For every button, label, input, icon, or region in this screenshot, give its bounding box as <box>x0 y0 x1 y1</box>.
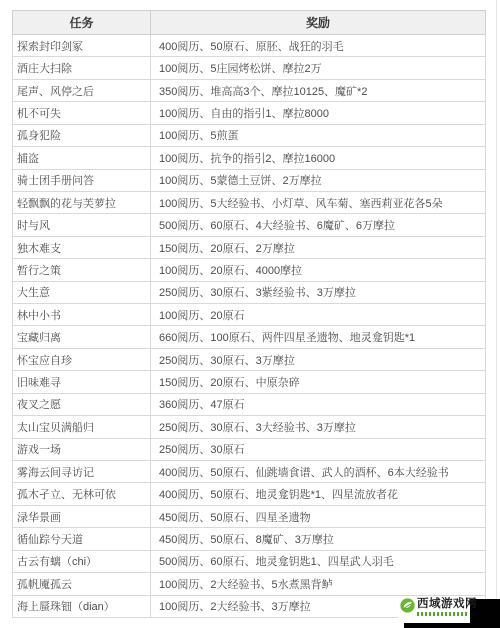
page-edge-divider <box>496 0 497 628</box>
site-name: 西域游戏网 <box>417 597 477 611</box>
task-cell: 独木难支 <box>13 236 151 258</box>
quest-reward-table: 任务 奖励 探索封印剑冢400阅历、50原石、原胚、战狂的羽毛酒庄大扫除100阅… <box>12 10 486 618</box>
table-row: 独木难支150阅历、20原石、2万摩拉 <box>13 236 486 258</box>
table-row: 孤帆魇孤云100阅历、2大经验书、5水煮黑背鲈 <box>13 573 486 595</box>
site-watermark: 西域游戏网 <box>398 596 470 623</box>
task-cell: 大生意 <box>13 281 151 303</box>
table-row: 游戏一场250阅历、30原石 <box>13 438 486 460</box>
table-row: 太山宝贝满船归250阅历、30原石、3大经验书、3万摩拉 <box>13 416 486 438</box>
reward-cell: 100阅历、5庄园烤松饼、摩拉2万 <box>151 57 486 79</box>
task-cell: 林中小书 <box>13 304 151 326</box>
task-cell: 宝藏归离 <box>13 326 151 348</box>
reward-cell: 250阅历、30原石、3大经验书、3万摩拉 <box>151 416 486 438</box>
column-header-task: 任务 <box>13 11 151 35</box>
table-row: 探索封印剑冢400阅历、50原石、原胚、战狂的羽毛 <box>13 35 486 57</box>
reward-cell: 250阅历、30原石 <box>151 438 486 460</box>
task-cell: 探索封印剑冢 <box>13 35 151 57</box>
table-row: 暂行之策100阅历、20原石、4000摩拉 <box>13 259 486 281</box>
task-cell: 海上蜃珠钿（dian） <box>13 595 151 617</box>
table-row: 渌华景画450阅历、50原石、四星圣遗物 <box>13 505 486 527</box>
reward-cell: 450阅历、50原石、四星圣遗物 <box>151 505 486 527</box>
task-cell: 旧味难寻 <box>13 371 151 393</box>
column-header-reward: 奖励 <box>151 11 486 35</box>
table-row: 尾声、风停之后350阅历、堆高高3个、摩拉10125、魔矿*2 <box>13 79 486 101</box>
reward-cell: 500阅历、60原石、地灵龛钥匙1、四星武人羽毛 <box>151 550 486 572</box>
table-row: 怀宝应自珍250阅历、30原石、3万摩拉 <box>13 348 486 370</box>
reward-cell: 100阅历、20原石、4000摩拉 <box>151 259 486 281</box>
task-cell: 游戏一场 <box>13 438 151 460</box>
table-row: 孤身犯险100阅历、5煎蛋 <box>13 124 486 146</box>
table-header: 任务 奖励 <box>13 11 486 35</box>
task-cell: 时与风 <box>13 214 151 236</box>
site-slogan-strip <box>417 612 469 616</box>
reward-cell: 100阅历、5蒙德土豆饼、2万摩拉 <box>151 169 486 191</box>
header-row: 任务 奖励 <box>13 11 486 35</box>
reward-cell: 250阅历、30原石、3万摩拉 <box>151 348 486 370</box>
reward-cell: 150阅历、20原石、中原杂碎 <box>151 371 486 393</box>
reward-cell: 250阅历、30原石、3紫经验书、3万摩拉 <box>151 281 486 303</box>
table-row: 机不可失100阅历、自由的指引1、摩拉8000 <box>13 102 486 124</box>
task-cell: 孤木孑立、无林可依 <box>13 483 151 505</box>
table-row: 古云有螭（chi）500阅历、60原石、地灵龛钥匙1、四星武人羽毛 <box>13 550 486 572</box>
table-row: 轻飘飘的花与芙萝拉100阅历、5大经验书、小灯草、风车菊、塞西莉亚花各5朵 <box>13 191 486 213</box>
table-row: 孤木孑立、无林可依400阅历、50原石、地灵龛钥匙*1、四星流放者花 <box>13 483 486 505</box>
table-row: 林中小书100阅历、20原石 <box>13 304 486 326</box>
table-row: 循仙踪兮天道450阅历、50原石、8魔矿、3万摩拉 <box>13 528 486 550</box>
task-cell: 尾声、风停之后 <box>13 79 151 101</box>
task-cell: 渌华景画 <box>13 505 151 527</box>
task-cell: 太山宝贝满船归 <box>13 416 151 438</box>
leaf-logo-icon <box>400 598 415 613</box>
reward-cell: 350阅历、堆高高3个、摩拉10125、魔矿*2 <box>151 79 486 101</box>
task-cell: 循仙踪兮天道 <box>13 528 151 550</box>
reward-cell: 450阅历、50原石、8魔矿、3万摩拉 <box>151 528 486 550</box>
task-cell: 孤帆魇孤云 <box>13 573 151 595</box>
reward-cell: 400阅历、50原石、原胚、战狂的羽毛 <box>151 35 486 57</box>
table-row: 捕盗100阅历、抗争的指引2、摩拉16000 <box>13 147 486 169</box>
task-cell: 夜叉之愿 <box>13 393 151 415</box>
reward-cell: 500阅历、60原石、4大经验书、6魔矿、6万摩拉 <box>151 214 486 236</box>
task-cell: 机不可失 <box>13 102 151 124</box>
reward-cell: 360阅历、47原石 <box>151 393 486 415</box>
table-row: 旧味难寻150阅历、20原石、中原杂碎 <box>13 371 486 393</box>
task-cell: 古云有螭（chi） <box>13 550 151 572</box>
task-cell: 雾海云间寻访记 <box>13 461 151 483</box>
task-cell: 捕盗 <box>13 147 151 169</box>
task-cell: 酒庄大扫除 <box>13 57 151 79</box>
task-cell: 孤身犯险 <box>13 124 151 146</box>
reward-cell: 660阅历、100原石、两件四星圣遗物、地灵龛钥匙*1 <box>151 326 486 348</box>
table-row: 宝藏归离660阅历、100原石、两件四星圣遗物、地灵龛钥匙*1 <box>13 326 486 348</box>
reward-cell: 100阅历、自由的指引1、摩拉8000 <box>151 102 486 124</box>
quest-rows: 探索封印剑冢400阅历、50原石、原胚、战狂的羽毛酒庄大扫除100阅历、5庄园烤… <box>13 35 486 618</box>
reward-cell: 100阅历、5大经验书、小灯草、风车菊、塞西莉亚花各5朵 <box>151 191 486 213</box>
reward-cell: 400阅历、50原石、仙跳墙食谱、武人的酒杯、6本大经验书 <box>151 461 486 483</box>
reward-cell: 100阅历、抗争的指引2、摩拉16000 <box>151 147 486 169</box>
table-row: 骑士团手册问答100阅历、5蒙德土豆饼、2万摩拉 <box>13 169 486 191</box>
reward-cell: 100阅历、20原石 <box>151 304 486 326</box>
table-row: 时与风500阅历、60原石、4大经验书、6魔矿、6万摩拉 <box>13 214 486 236</box>
table-row: 雾海云间寻访记400阅历、50原石、仙跳墙食谱、武人的酒杯、6本大经验书 <box>13 461 486 483</box>
task-cell: 轻飘飘的花与芙萝拉 <box>13 191 151 213</box>
reward-cell: 100阅历、5煎蛋 <box>151 124 486 146</box>
reward-cell: 400阅历、50原石、地灵龛钥匙*1、四星流放者花 <box>151 483 486 505</box>
task-cell: 怀宝应自珍 <box>13 348 151 370</box>
task-cell: 骑士团手册问答 <box>13 169 151 191</box>
table-row: 酒庄大扫除100阅历、5庄园烤松饼、摩拉2万 <box>13 57 486 79</box>
task-cell: 暂行之策 <box>13 259 151 281</box>
table-row: 大生意250阅历、30原石、3紫经验书、3万摩拉 <box>13 281 486 303</box>
table-row: 夜叉之愿360阅历、47原石 <box>13 393 486 415</box>
reward-cell: 100阅历、2大经验书、5水煮黑背鲈 <box>151 573 486 595</box>
reward-cell: 150阅历、20原石、2万摩拉 <box>151 236 486 258</box>
